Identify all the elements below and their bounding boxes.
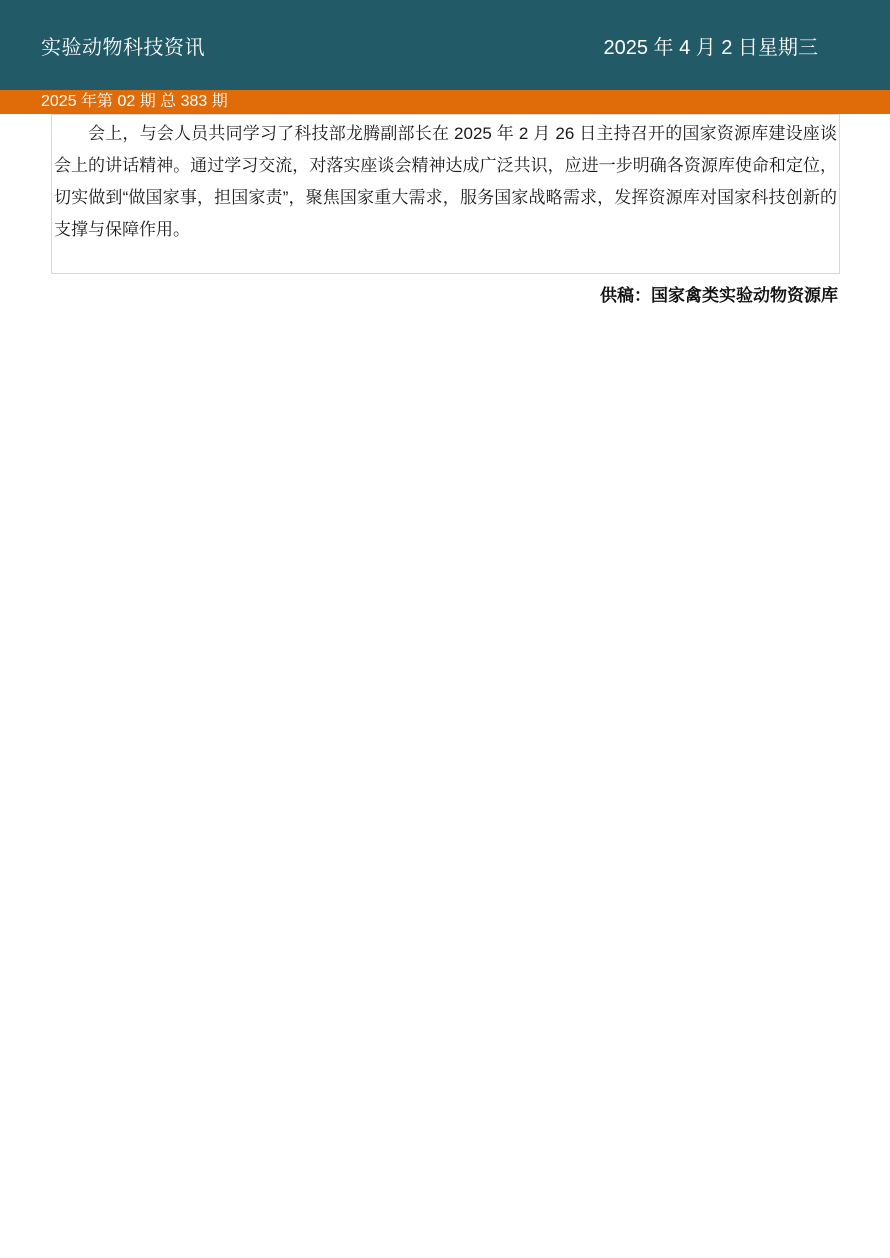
newsletter-title: 实验动物科技资讯	[41, 31, 205, 60]
issue-number-bar: 2025 年第 02 期 总 383 期	[0, 90, 890, 114]
issue-date: 2025 年 4 月 2 日星期三	[603, 31, 818, 60]
newsletter-page: { "header": { "title": "实验动物科技资讯", "date…	[0, 0, 890, 1258]
attribution-line: 供稿：国家禽类实验动物资源库	[0, 281, 838, 306]
article-paragraph: 会上，与会人员共同学习了科技部龙腾副部长在 2025 年 2 月 26 日主持召…	[54, 118, 837, 246]
masthead: 实验动物科技资讯 2025 年 4 月 2 日星期三	[0, 0, 890, 90]
article-box: 会上，与会人员共同学习了科技部龙腾副部长在 2025 年 2 月 26 日主持召…	[51, 114, 840, 274]
